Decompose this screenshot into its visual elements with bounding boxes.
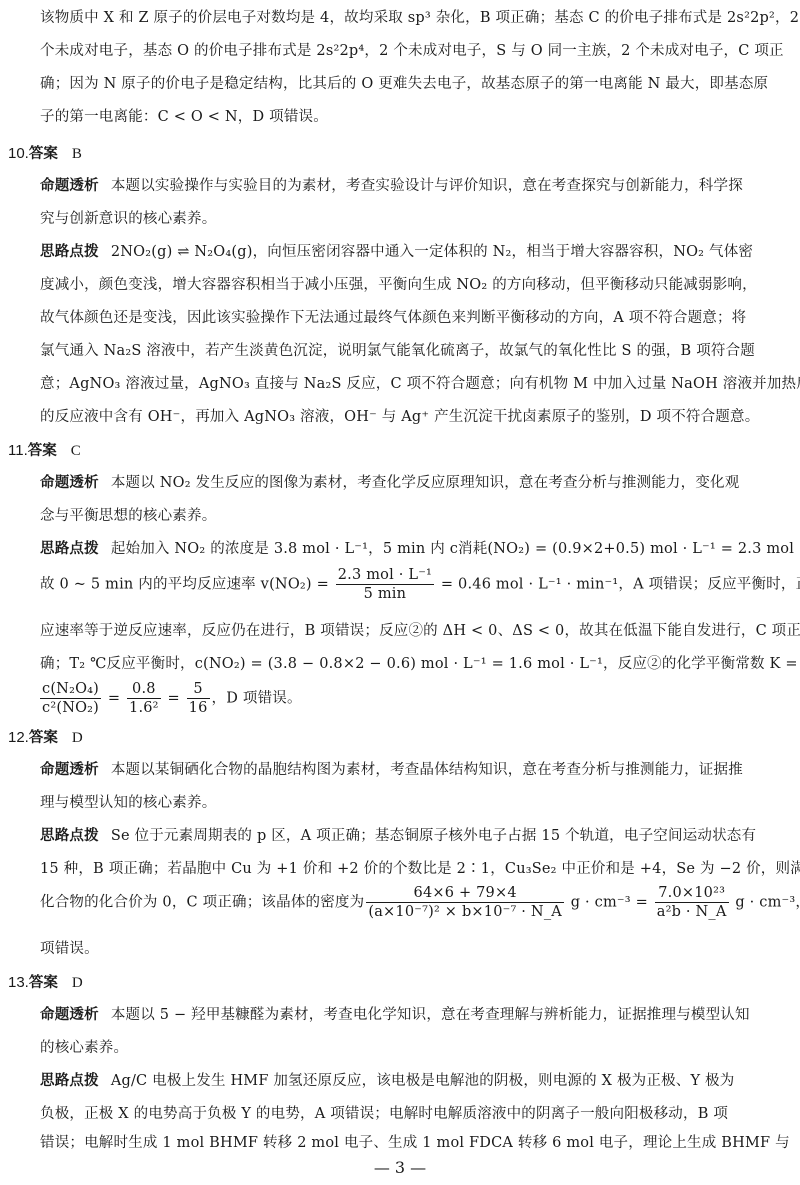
numerator: 2.3 mol · L⁻¹ xyxy=(336,566,434,585)
hint-text: Se 位于元素周期表的 p 区，A 项正确；基态铜原子核外电子占据 15 个轨道… xyxy=(111,828,756,844)
hint-line: 的反应液中含有 OH⁻，再加入 AgNO₃ 溶液，OH⁻ 与 Ag⁺ 产生沉淀干… xyxy=(40,407,785,427)
hint-line-fraction: c(N₂O₄)c²(NO₂) = 0.81.6² = 516，D 项错误。 xyxy=(40,680,785,717)
question-10-header: 10.答案B xyxy=(8,143,82,164)
hint-label: 思路点拨 xyxy=(40,244,99,260)
text-line: 该物质中 X 和 Z 原子的价层电子对数均是 4，故均采取 sp³ 杂化，B 项… xyxy=(40,8,785,28)
hint-line: 项错误。 xyxy=(40,939,785,959)
hint-label: 思路点拨 xyxy=(40,828,99,844)
hint-line: 应速率等于逆反应速率，反应仍在进行，B 项错误；反应②的 ΔH < 0、ΔS <… xyxy=(40,621,785,641)
analysis-text: 本题以某铜硒化合物的晶胞结构图为素材，考查晶体结构知识，意在考查分析与推测能力，… xyxy=(111,762,743,778)
answer-label: 答案 xyxy=(29,975,58,991)
equals-sign: = xyxy=(103,691,125,707)
analysis-label: 命题透析 xyxy=(40,475,99,491)
hint-text: 起始加入 NO₂ 的浓度是 3.8 mol · L⁻¹，5 min 内 c消耗(… xyxy=(111,541,800,557)
question-number: 12. xyxy=(8,729,29,746)
hint-line-fraction: 故 0 ~ 5 min 内的平均反应速率 v(NO₂) = 2.3 mol · … xyxy=(40,566,785,603)
hint-text: 故 0 ~ 5 min 内的平均反应速率 v(NO₂) = xyxy=(40,577,334,593)
text-line: 子的第一电离能：C < O < N，D 项错误。 xyxy=(40,107,785,127)
analysis-text: 本题以 NO₂ 发生反应的图像为素材，考查化学反应原理知识，意在考查分析与推测能… xyxy=(111,475,740,491)
unit-text: g · cm⁻³ = xyxy=(566,895,653,911)
hint-text: = 0.46 mol · L⁻¹ · min⁻¹，A 项错误；反应平衡时，正反 xyxy=(436,577,800,593)
hint-line: 思路点拨2NO₂(g) ⇌ N₂O₄(g)，向恒压密闭容器中通入一定体积的 N₂… xyxy=(40,242,785,262)
numerator: c(N₂O₄) xyxy=(40,680,101,699)
hint-label: 思路点拨 xyxy=(40,1073,99,1089)
answer-label: 答案 xyxy=(28,443,57,459)
hint-line: 思路点拨Se 位于元素周期表的 p 区，A 项正确；基态铜原子核外电子占据 15… xyxy=(40,826,785,846)
denominator: 16 xyxy=(187,699,210,717)
numerator: 0.8 xyxy=(127,680,161,699)
hint-text: 2NO₂(g) ⇌ N₂O₄(g)，向恒压密闭容器中通入一定体积的 N₂，相当于… xyxy=(111,244,753,260)
hint-text: 化合物的化合价为 0，C 项正确；该晶体的密度为 xyxy=(40,895,364,911)
hint-line-fraction: 化合物的化合价为 0，C 项正确；该晶体的密度为64×6 + 79×4(a×10… xyxy=(40,884,785,921)
denominator: 5 min xyxy=(336,585,434,603)
denominator: a²b · N_A xyxy=(655,903,729,921)
hint-line: 故气体颜色还是变浅，因此该实验操作下无法通过最终气体颜色来判断平衡移动的方向，A… xyxy=(40,308,785,328)
density-fraction: 64×6 + 79×4(a×10⁻⁷)² × b×10⁻⁷ · N_A xyxy=(366,884,564,921)
density-simplified-fraction: 7.0×10²³a²b · N_A xyxy=(655,884,729,921)
analysis-line: 命题透析本题以 NO₂ 发生反应的图像为素材，考查化学反应原理知识，意在考查分析… xyxy=(40,473,785,493)
hint-line: 确；T₂ ℃反应平衡时，c(NO₂) = (3.8 − 0.8×2 − 0.6)… xyxy=(40,654,785,674)
hint-line: 错误；电解时生成 1 mol BHMF 转移 2 mol 电子、生成 1 mol… xyxy=(40,1133,785,1153)
rate-fraction: 2.3 mol · L⁻¹5 min xyxy=(336,566,434,603)
question-13-header: 13.答案D xyxy=(8,972,83,993)
hint-line: 思路点拨Ag/C 电极上发生 HMF 加氢还原反应，该电极是电解池的阴极，则电源… xyxy=(40,1071,785,1091)
analysis-line: 命题透析本题以 5 − 羟甲基糠醛为素材，考查电化学知识，意在考查理解与辨析能力… xyxy=(40,1005,785,1025)
numerator: 64×6 + 79×4 xyxy=(366,884,564,903)
question-number: 13. xyxy=(8,974,29,991)
analysis-label: 命题透析 xyxy=(40,762,99,778)
page-number: — 3 — xyxy=(0,1158,800,1177)
k-fraction: c(N₂O₄)c²(NO₂) xyxy=(40,680,101,717)
denominator: 1.6² xyxy=(127,699,161,717)
analysis-label: 命题透析 xyxy=(40,178,99,194)
text-line: 确；因为 N 原子的价电子是稳定结构，比其后的 O 更难失去电子，故基态原子的第… xyxy=(40,74,785,94)
answer-value: B xyxy=(72,146,82,162)
k-result-fraction: 516 xyxy=(187,680,210,717)
analysis-line: 念与平衡思想的核心素养。 xyxy=(40,506,785,526)
analysis-line: 命题透析本题以某铜硒化合物的晶胞结构图为素材，考查晶体结构知识，意在考查分析与推… xyxy=(40,760,785,780)
denominator: c²(NO₂) xyxy=(40,699,101,717)
analysis-label: 命题透析 xyxy=(40,1007,99,1023)
hint-line: 15 种，B 项正确；若晶胞中 Cu 为 +1 价和 +2 价的个数比是 2∶1… xyxy=(40,859,785,879)
answer-label: 答案 xyxy=(29,730,58,746)
hint-text: Ag/C 电极上发生 HMF 加氢还原反应，该电极是电解池的阴极，则电源的 X … xyxy=(111,1073,735,1089)
question-number: 10. xyxy=(8,145,29,162)
answer-value: C xyxy=(71,443,81,459)
document-page: 该物质中 X 和 Z 原子的价层电子对数均是 4，故均采取 sp³ 杂化，B 项… xyxy=(0,0,800,1185)
numerator: 5 xyxy=(187,680,210,699)
analysis-line: 究与创新意识的核心素养。 xyxy=(40,209,785,229)
text-line: 个未成对电子，基态 O 的价电子排布式是 2s²2p⁴，2 个未成对电子，S 与… xyxy=(40,41,785,61)
analysis-text: 本题以实验操作与实验目的为素材，考查实验设计与评价知识，意在考查探究与创新能力，… xyxy=(111,178,743,194)
equals-sign: = xyxy=(163,691,185,707)
k-value-fraction: 0.81.6² xyxy=(127,680,161,717)
answer-value: D xyxy=(72,730,83,746)
hint-text: ，D 项错误。 xyxy=(212,691,302,707)
hint-line: 负极，正极 X 的电势高于负极 Y 的电势，A 项错误；电解时电解质溶液中的阴离… xyxy=(40,1104,785,1124)
question-11-header: 11.答案C xyxy=(8,440,81,461)
question-12-header: 12.答案D xyxy=(8,727,83,748)
hint-line: 思路点拨起始加入 NO₂ 的浓度是 3.8 mol · L⁻¹，5 min 内 … xyxy=(40,539,785,559)
hint-text: g · cm⁻³，D xyxy=(731,895,800,911)
hint-line: 意；AgNO₃ 溶液过量，AgNO₃ 直接与 Na₂S 反应，C 项不符合题意；… xyxy=(40,374,785,394)
numerator: 7.0×10²³ xyxy=(655,884,729,903)
question-number: 11. xyxy=(8,442,28,459)
analysis-line: 命题透析本题以实验操作与实验目的为素材，考查实验设计与评价知识，意在考查探究与创… xyxy=(40,176,785,196)
answer-label: 答案 xyxy=(29,146,58,162)
hint-line: 度减小，颜色变浅，增大容器容积相当于减小压强，平衡向生成 NO₂ 的方向移动，但… xyxy=(40,275,785,295)
analysis-text: 本题以 5 − 羟甲基糠醛为素材，考查电化学知识，意在考查理解与辨析能力，证据推… xyxy=(111,1007,750,1023)
answer-value: D xyxy=(72,975,83,991)
analysis-line: 理与模型认知的核心素养。 xyxy=(40,793,785,813)
hint-label: 思路点拨 xyxy=(40,541,99,557)
analysis-line: 的核心素养。 xyxy=(40,1038,785,1058)
denominator: (a×10⁻⁷)² × b×10⁻⁷ · N_A xyxy=(366,903,564,921)
hint-line: 氯气通入 Na₂S 溶液中，若产生淡黄色沉淀，说明氯气能氧化硫离子，故氯气的氧化… xyxy=(40,341,785,361)
